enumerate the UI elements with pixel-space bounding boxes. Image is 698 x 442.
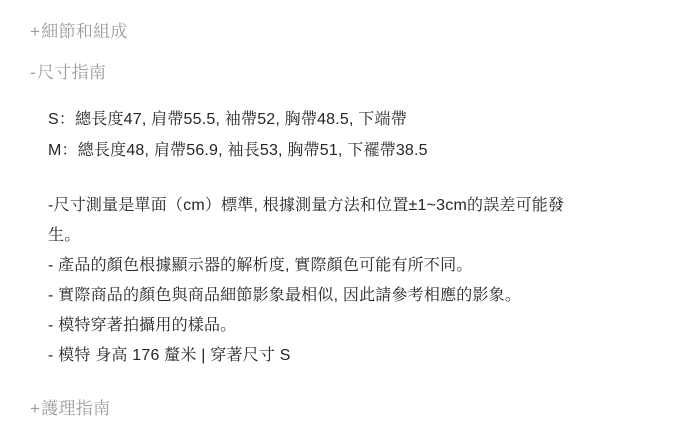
product-detail-page: +細節和組成 -尺寸指南 S：總長度47, 肩帶55.5, 袖帶52, 胸帶48… — [0, 0, 698, 442]
size-guide-notes: -尺寸測量是單面（cm）標準, 根據測量方法和位置±1~3cm的誤差可能發生。 … — [48, 191, 570, 371]
size-guide-content: S：總長度47, 肩帶55.5, 袖帶52, 胸帶48.5, 下端帶 M：總長度… — [48, 104, 570, 371]
collapse-icon: - — [30, 62, 36, 83]
accordion-care-guide[interactable]: +護理指南 — [30, 398, 668, 419]
note-monitor-color: - 產品的顏色根據顯示器的解析度, 實際顏色可能有所不同。 — [48, 251, 570, 281]
note-model-info: - 模特 身高 176 釐米 | 穿著尺寸 S — [48, 341, 570, 371]
size-row-s: S：總長度47, 肩帶55.5, 袖帶52, 胸帶48.5, 下端帶 — [48, 104, 570, 135]
accordion-care-guide-label: 護理指南 — [41, 399, 110, 418]
expand-icon: + — [30, 21, 40, 42]
accordion-size-guide-label: 尺寸指南 — [37, 63, 106, 82]
accordion-details-label: 細節和組成 — [41, 22, 128, 41]
note-sample-product: - 模特穿著拍攝用的樣品。 — [48, 311, 570, 341]
expand-icon: + — [30, 398, 40, 419]
size-row-m: M：總長度48, 肩帶56.9, 袖長53, 胸帶51, 下襬帶38.5 — [48, 135, 570, 166]
note-reference-image: - 實際商品的顏色與商品細節影象最相似, 因此請參考相應的影象。 — [48, 281, 570, 311]
accordion-details-composition[interactable]: +細節和組成 — [30, 21, 668, 42]
accordion-size-guide[interactable]: -尺寸指南 — [30, 62, 668, 83]
note-measurement-tolerance: -尺寸測量是單面（cm）標準, 根據測量方法和位置±1~3cm的誤差可能發生。 — [48, 191, 570, 251]
